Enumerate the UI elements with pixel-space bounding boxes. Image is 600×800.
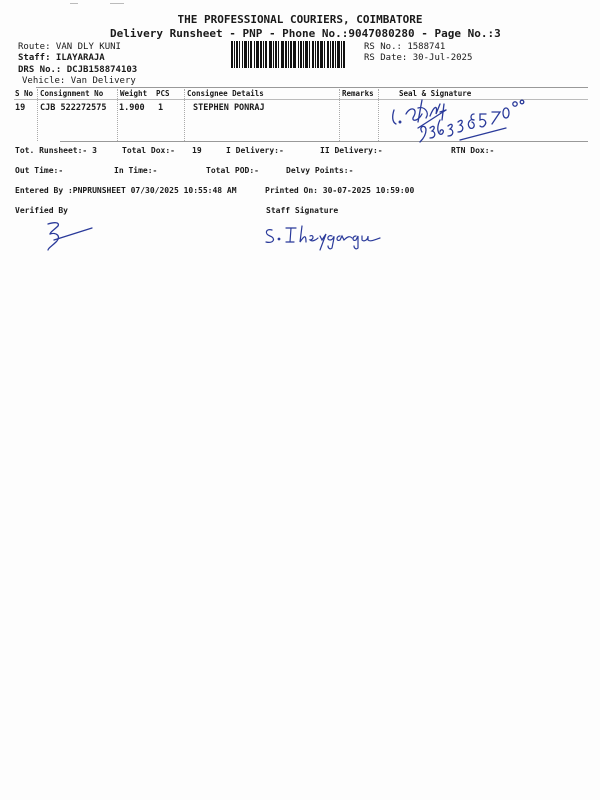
col-header-consignee: Consignee Details (187, 89, 264, 98)
col-header-weight: Weight (120, 89, 147, 98)
staff-signature (262, 222, 387, 252)
company-title: THE PROFESSIONAL COURIERS, COIMBATORE (0, 13, 600, 26)
staff-label: Staff: ILAYARAJA (18, 53, 105, 63)
rs-number: RS No.: 1588741 (364, 42, 445, 52)
barcode (231, 41, 358, 68)
vehicle-label: Vehicle: Van Delivery (22, 76, 136, 86)
col-header-remarks: Remarks (342, 89, 374, 98)
scan-mark (110, 3, 124, 4)
col-divider (117, 89, 118, 141)
in-time: In Time:- (114, 166, 157, 175)
drs-number: DRS No.: DCJB158874103 (18, 65, 137, 75)
scan-mark (70, 3, 78, 4)
col-header-pcs: PCS (156, 89, 170, 98)
route-label: Route: VAN DLY KUNI (18, 42, 121, 52)
runsheet-subtitle: Delivery Runsheet - PNP - Phone No.:9047… (110, 27, 501, 40)
cell-consignment-no: CJB 522272575 (40, 103, 107, 113)
verifier-signature (40, 218, 100, 258)
total-dox-value: 19 (192, 146, 202, 155)
printed-on: Printed On: 30-07-2025 10:59:00 (265, 186, 414, 195)
consignee-signature-scribble (388, 86, 558, 146)
cell-pcs: 1 (158, 103, 163, 113)
staff-signature-label: Staff Signature (266, 206, 338, 215)
total-pod: Total POD:- (206, 166, 259, 175)
i-delivery: I Delivery:- (226, 146, 284, 155)
total-runsheet: Tot. Runsheet:- 3 (15, 146, 97, 155)
col-divider (37, 89, 38, 141)
col-divider (339, 89, 340, 141)
col-header-sno: S No (15, 89, 33, 98)
cell-sno: 19 (15, 103, 25, 113)
entered-by: Entered By :PNPRUNSHEET 07/30/2025 10:55… (15, 186, 237, 195)
col-divider (184, 89, 185, 141)
cell-consignee: STEPHEN PONRAJ (193, 103, 265, 113)
total-dox-label: Total Dox:- (122, 146, 175, 155)
out-time: Out Time:- (15, 166, 63, 175)
rs-date: RS Date: 30-Jul-2025 (364, 53, 472, 63)
col-header-consignment: Consignment No (40, 89, 103, 98)
rtn-dox: RTN Dox:- (451, 146, 494, 155)
cell-weight: 1.900 (119, 103, 145, 113)
col-divider (378, 89, 379, 141)
verified-by-label: Verified By (15, 206, 68, 215)
ii-delivery: II Delivery:- (320, 146, 383, 155)
delvy-points: Delvy Points:- (286, 166, 353, 175)
